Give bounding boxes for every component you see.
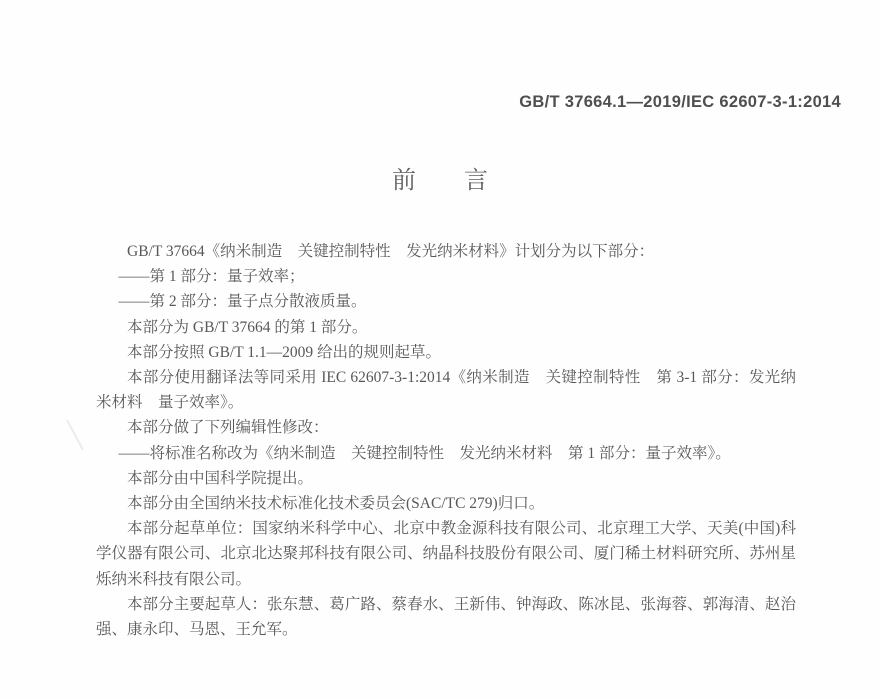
foreword-paragraph: 本部分主要起草人：张东慧、葛广路、蔡春水、王新伟、钟海政、陈冰昆、张海蓉、郭海清… bbox=[96, 592, 796, 642]
foreword-body: GB/T 37664《纳米制造 关键控制特性 发光纳米材料》计划分为以下部分： … bbox=[96, 239, 796, 642]
foreword-paragraph: 本部分使用翻译法等同采用 IEC 62607-3-1:2014《纳米制造 关键控… bbox=[96, 365, 796, 415]
foreword-paragraph: GB/T 37664《纳米制造 关键控制特性 发光纳米材料》计划分为以下部分： bbox=[96, 239, 796, 264]
foreword-paragraph: 本部分做了下列编辑性修改： bbox=[96, 415, 796, 440]
page-title: 前 言 bbox=[0, 166, 880, 196]
foreword-list-item: ——将标准名称改为《纳米制造 关键控制特性 发光纳米材料 第 1 部分：量子效率… bbox=[96, 441, 796, 466]
foreword-list-item: ——第 2 部分：量子点分散液质量。 bbox=[96, 289, 796, 314]
document-page: GB/T 37664.1—2019/IEC 62607-3-1:2014 前 言… bbox=[0, 0, 880, 699]
standard-code: GB/T 37664.1—2019/IEC 62607-3-1:2014 bbox=[519, 93, 841, 112]
scan-artifact-mark bbox=[66, 420, 84, 451]
foreword-paragraph: 本部分按照 GB/T 1.1—2009 给出的规则起草。 bbox=[96, 340, 796, 365]
foreword-paragraph: 本部分起草单位：国家纳米科学中心、北京中教金源科技有限公司、北京理工大学、天美(… bbox=[96, 516, 796, 592]
foreword-paragraph: 本部分由全国纳米技术标准化技术委员会(SAC/TC 279)归口。 bbox=[96, 491, 796, 516]
foreword-list-item: ——第 1 部分：量子效率； bbox=[96, 264, 796, 289]
foreword-paragraph: 本部分由中国科学院提出。 bbox=[96, 466, 796, 491]
foreword-paragraph: 本部分为 GB/T 37664 的第 1 部分。 bbox=[96, 315, 796, 340]
